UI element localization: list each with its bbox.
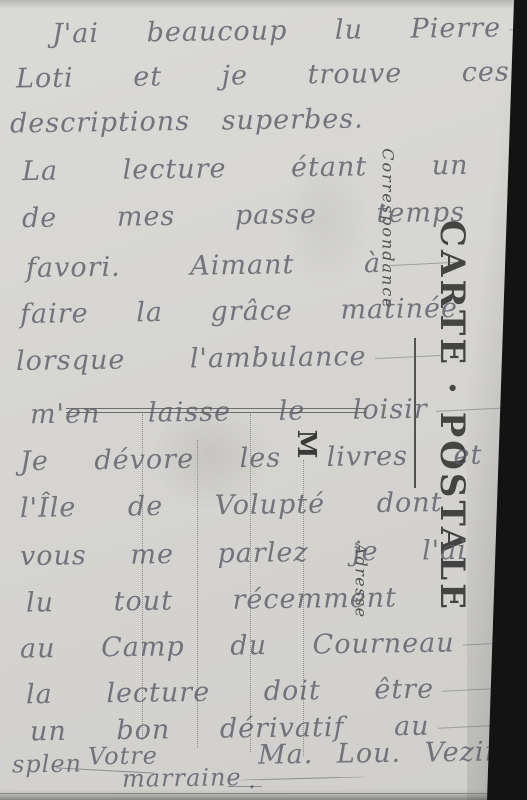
message-line: lorsque l'ambulance: [16, 340, 443, 377]
postcard: CARTE · POSTALE Correspondance Adresse M…: [0, 0, 527, 800]
message-line: la lecture doit être: [26, 673, 510, 711]
message-line: vous me parlez je l'ai: [20, 535, 467, 572]
message-line: l'Île de Volupté dont: [20, 487, 443, 524]
photo-of-postcard: CARTE · POSTALE Correspondance Adresse M…: [0, 0, 527, 800]
signature: Ma. Lou. Vezin.: [258, 736, 513, 771]
message-line: J'ai beaucoup lu Pierre: [52, 11, 527, 49]
message-line: de mes passe temps: [22, 197, 465, 234]
message-line: lu tout récemment: [26, 582, 397, 618]
paper-top-edge-shadow: [0, 0, 527, 9]
message-line: m'en laisse le loisir: [30, 393, 504, 431]
paper-bottom-edge-shadow: [0, 789, 527, 800]
message-line: Je dévore les livres et: [20, 440, 483, 477]
message-line: favori. Aimant à: [26, 247, 457, 284]
message-line: La lecture étant un: [22, 150, 469, 187]
closing-valediction-2: marraine: [122, 763, 242, 793]
signature-underline-flourish: [238, 776, 366, 780]
pen-stroke: [228, 786, 262, 787]
message-line: Loti et je trouve ces: [16, 57, 510, 95]
closing-false-start: splen: [12, 750, 82, 779]
message-line: faire la grâce matinée: [20, 293, 458, 330]
message-line: au Camp du Courneau: [20, 626, 527, 664]
message-line: descriptions superbes.: [10, 104, 364, 140]
